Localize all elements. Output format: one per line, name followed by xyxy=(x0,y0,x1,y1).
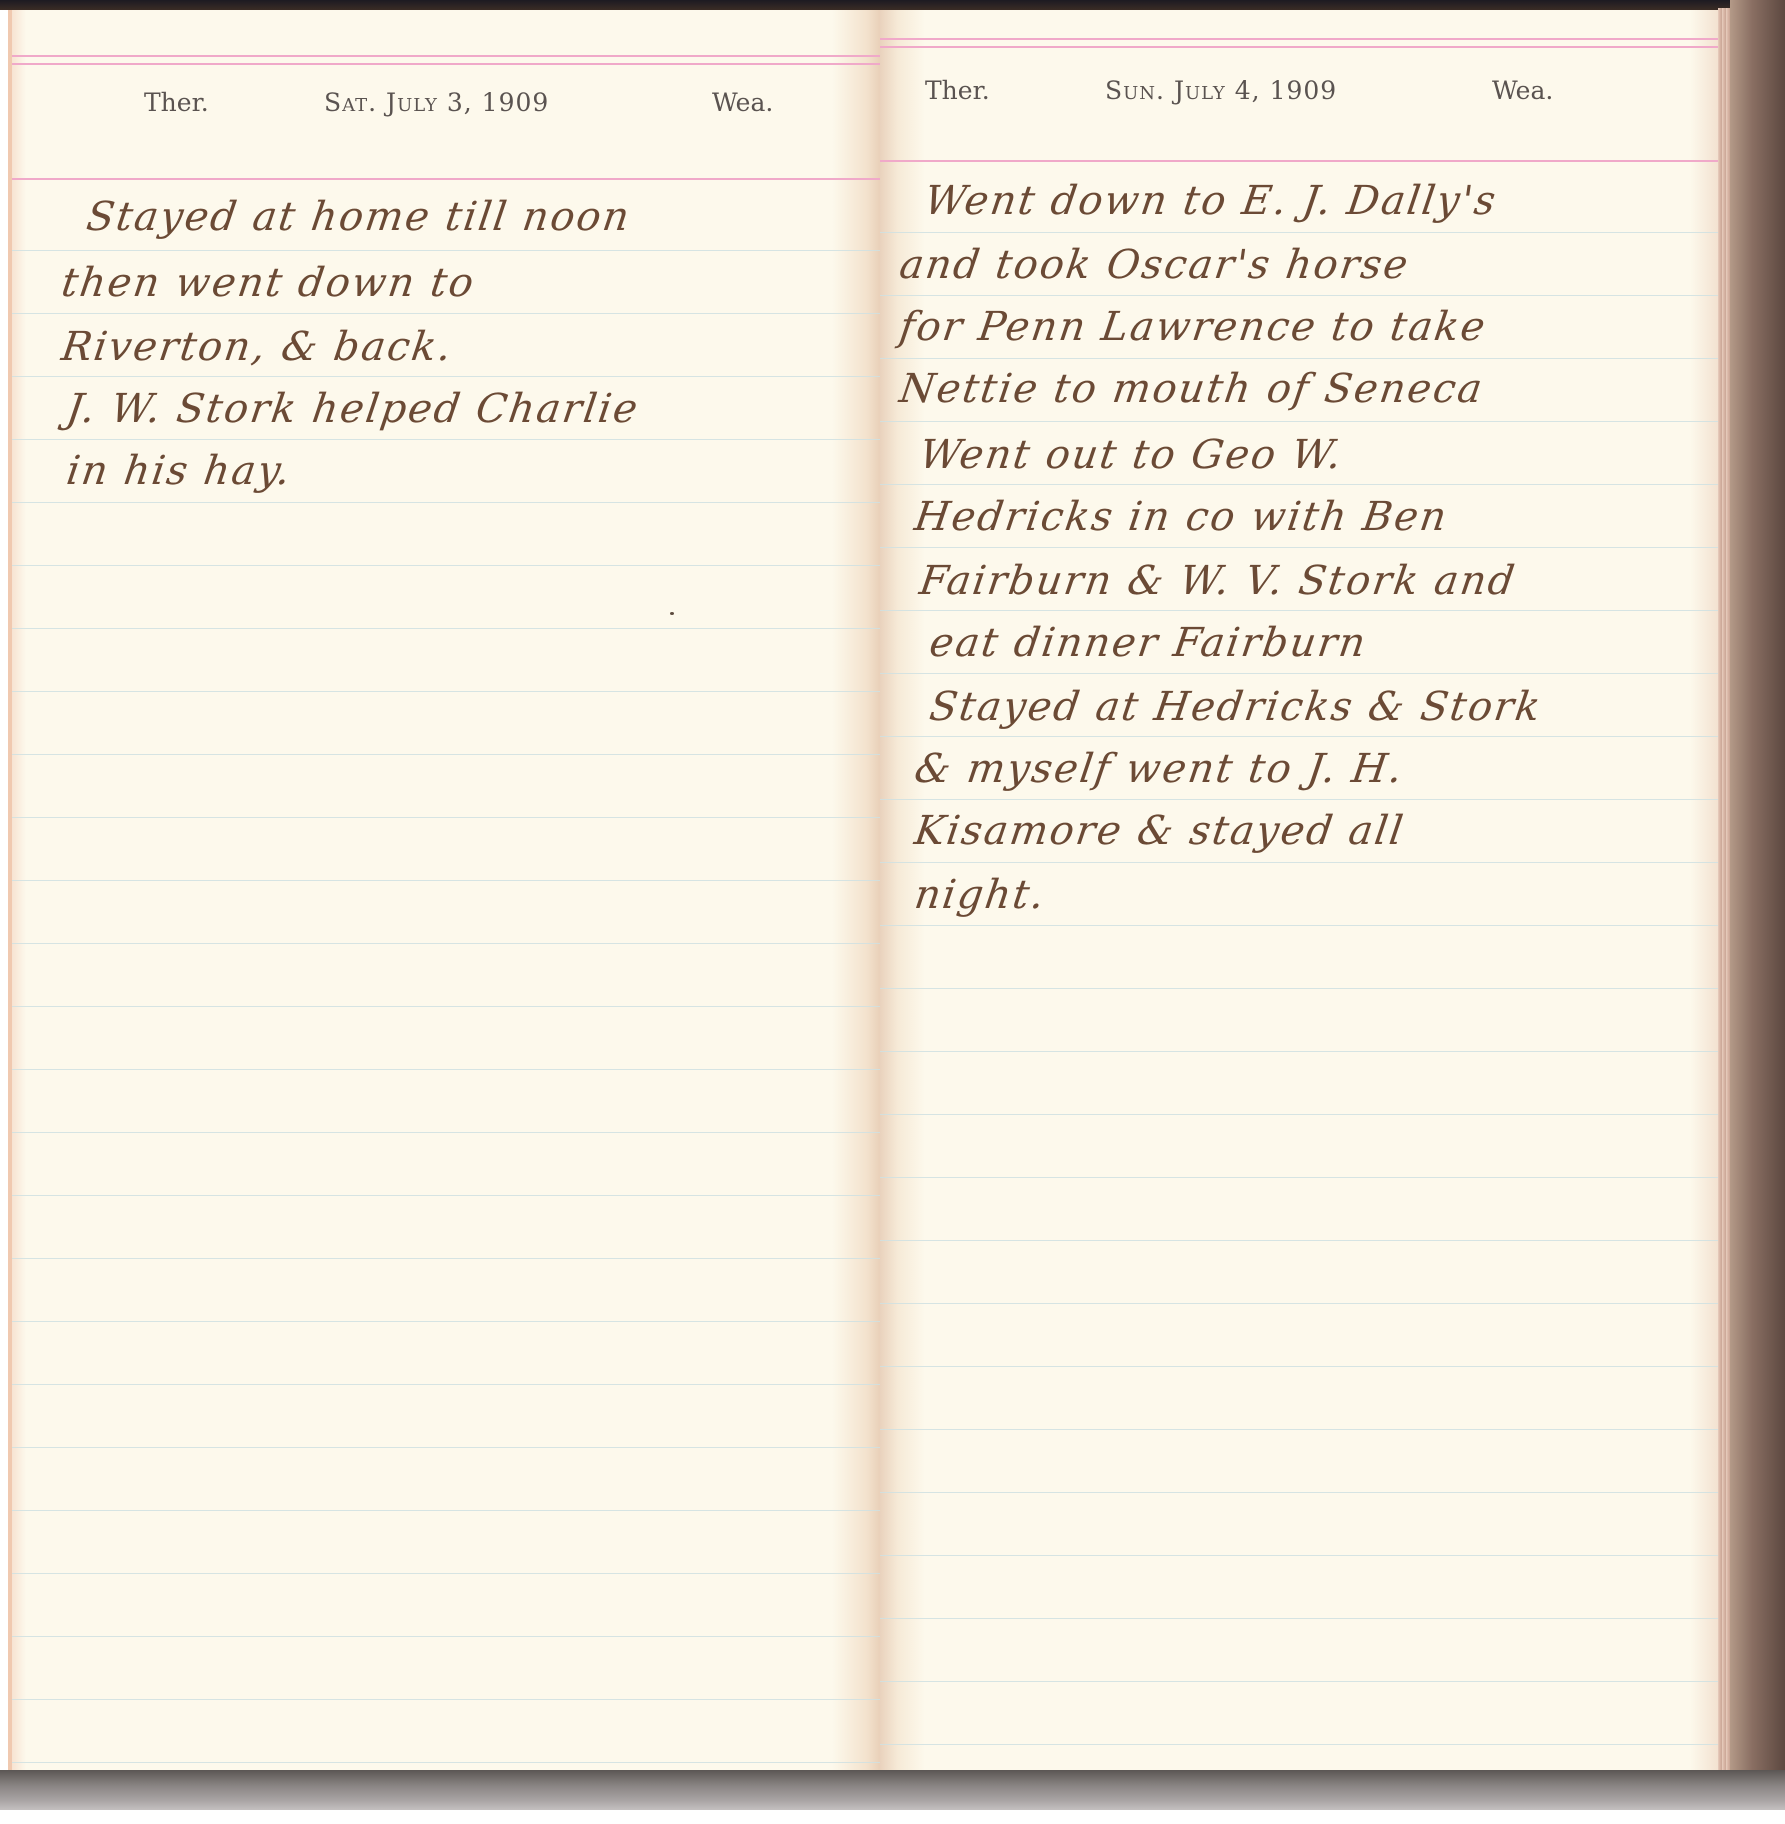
ruled-line xyxy=(12,565,884,566)
entry-line: & myself went to J. H. xyxy=(912,746,1407,792)
ruled-line xyxy=(12,1699,884,1700)
ruled-line xyxy=(880,1177,1720,1178)
left-page-header: Ther. Sat. July 3, 1909 Wea. xyxy=(12,88,884,128)
ruled-line xyxy=(880,1366,1720,1367)
entry-line: Hedricks in co with Ben xyxy=(912,494,1451,540)
entry-line: then went down to xyxy=(59,260,478,306)
wea-label: Wea. xyxy=(712,88,773,117)
entry-line: Went out to Geo W. xyxy=(917,432,1346,478)
header-pink-rule-top-2 xyxy=(880,46,1720,48)
ruled-line xyxy=(12,1069,884,1070)
left-page: Ther. Sat. July 3, 1909 Wea. Stayed xyxy=(8,10,884,1772)
ruled-line xyxy=(12,313,884,314)
entry-line: for Penn Lawrence to take xyxy=(897,304,1490,350)
ruled-line xyxy=(880,673,1720,674)
entry-line: eat dinner Fairburn xyxy=(927,620,1370,666)
book-cover-bottom-edge xyxy=(0,1770,1785,1810)
ruled-line xyxy=(880,1429,1720,1430)
ruled-line xyxy=(12,250,884,251)
ruled-line xyxy=(12,1510,884,1511)
ruled-line xyxy=(880,1555,1720,1556)
ruled-line xyxy=(880,421,1720,422)
entry-line: in his hay. xyxy=(64,448,295,494)
entry-line: Riverton, & back. xyxy=(59,324,456,370)
ruled-line xyxy=(12,691,884,692)
ruled-line xyxy=(12,1636,884,1637)
ruled-line xyxy=(880,988,1720,989)
ther-label: Ther. xyxy=(144,88,209,117)
ruled-line xyxy=(12,502,884,503)
ther-label: Ther. xyxy=(925,76,990,105)
ruled-line xyxy=(880,547,1720,548)
ruled-line xyxy=(880,1681,1720,1682)
page-date: Sat. July 3, 1909 xyxy=(324,88,549,117)
entry-line: night. xyxy=(912,872,1049,918)
ruled-line xyxy=(880,358,1720,359)
ruled-line xyxy=(880,736,1720,737)
book-cover-top-edge xyxy=(0,0,1785,10)
ruled-line xyxy=(880,232,1720,233)
header-pink-rule-top-2 xyxy=(12,63,884,65)
ruled-line xyxy=(12,1132,884,1133)
header-pink-rule-bottom xyxy=(880,160,1720,162)
right-page: Ther. Sun. July 4, 1909 Wea. Went down t xyxy=(880,10,1720,1772)
page-date: Sun. July 4, 1909 xyxy=(1105,76,1337,105)
ruled-line xyxy=(880,1303,1720,1304)
ruled-line xyxy=(880,799,1720,800)
entry-line: Nettie to mouth of Seneca xyxy=(897,366,1487,412)
ruled-line xyxy=(12,1762,884,1763)
entry-line: Stayed at Hedricks & Stork xyxy=(927,684,1545,730)
book-cover-right-edge xyxy=(1730,0,1785,1810)
ruled-line xyxy=(12,1573,884,1574)
ruled-line xyxy=(880,1492,1720,1493)
header-pink-rule-bottom xyxy=(12,178,884,180)
entry-line: Fairburn & W. V. Stork and xyxy=(917,558,1519,604)
entry-line: Kisamore & stayed all xyxy=(912,808,1408,854)
right-page-header: Ther. Sun. July 4, 1909 Wea. xyxy=(880,76,1720,116)
ruled-line xyxy=(880,484,1720,485)
ruled-line xyxy=(12,943,884,944)
ruled-line xyxy=(12,880,884,881)
ruled-line xyxy=(880,925,1720,926)
entry-line: and took Oscar's horse xyxy=(897,242,1413,288)
entry-line: Went down to E. J. Dally's xyxy=(922,178,1500,224)
ruled-line xyxy=(12,817,884,818)
ruled-line xyxy=(880,1114,1720,1115)
ruled-line xyxy=(880,1240,1720,1241)
ruled-line xyxy=(880,610,1720,611)
ruled-line xyxy=(880,1744,1720,1745)
ruled-line xyxy=(12,1195,884,1196)
ruled-line xyxy=(12,1447,884,1448)
ruled-line xyxy=(12,376,884,377)
entry-line: J. W. Stork helped Charlie xyxy=(64,386,642,432)
ruled-line xyxy=(880,1618,1720,1619)
diary-scan: Ther. Sat. July 3, 1909 Wea. Stayed xyxy=(0,0,1785,1824)
header-pink-rule-top xyxy=(12,55,884,57)
header-pink-rule-top xyxy=(880,38,1720,40)
ruled-line xyxy=(880,862,1720,863)
ruled-line xyxy=(880,295,1720,296)
ruled-line xyxy=(880,1051,1720,1052)
ruled-line xyxy=(12,1321,884,1322)
ruled-line xyxy=(12,1384,884,1385)
wea-label: Wea. xyxy=(1492,76,1553,105)
ruled-line xyxy=(12,1006,884,1007)
ruled-line xyxy=(12,754,884,755)
ruled-line xyxy=(12,628,884,629)
entry-line: Stayed at home till noon xyxy=(84,194,634,240)
ink-speck xyxy=(670,612,674,615)
ruled-line xyxy=(12,439,884,440)
ruled-line xyxy=(12,1258,884,1259)
